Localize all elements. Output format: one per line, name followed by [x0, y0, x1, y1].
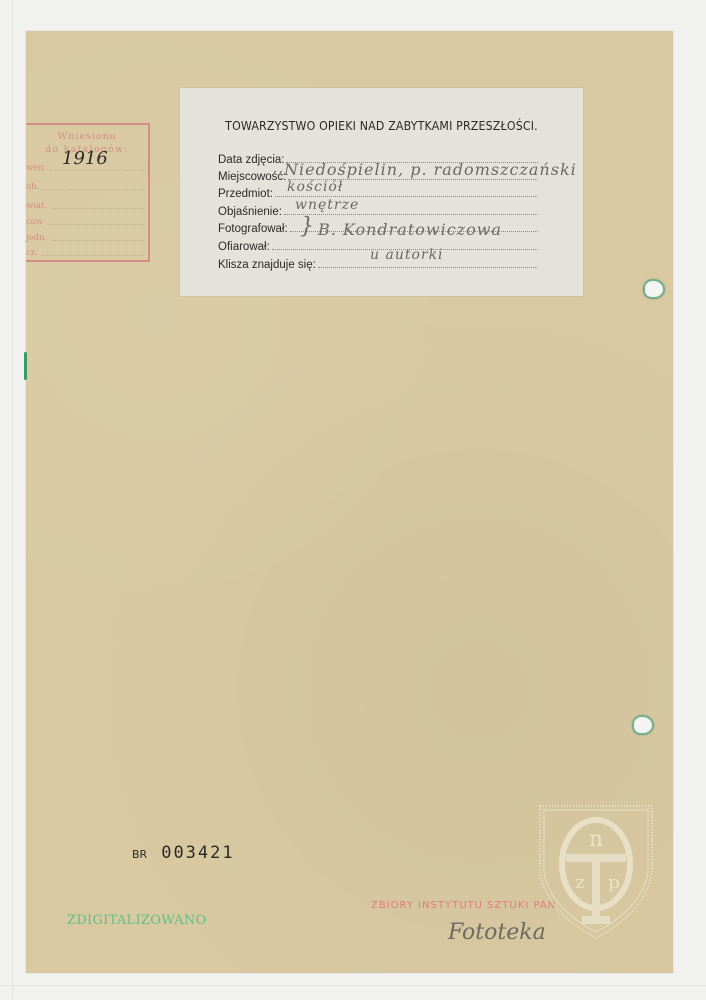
digitized-stamp: ZDIGITALIZOWANO [67, 913, 207, 928]
catalog-stamp-title: Wniesiono [26, 131, 148, 142]
field-label: Data zdjęcia: [218, 154, 284, 166]
handwritten-brace: } [300, 214, 314, 239]
green-edge-mark [24, 352, 27, 380]
handwritten-klisza: u autorki [370, 247, 444, 263]
svg-text:p: p [608, 872, 620, 893]
handwritten-fotografowal: B. Kondratowiczowa [318, 220, 502, 239]
field-przedmiot: Przedmiot: [218, 184, 538, 200]
handwritten-objasnienie: wnętrze [295, 197, 359, 213]
catalog-stamp-row: cow [26, 215, 144, 227]
catalog-stamp-row: jedn. [26, 231, 144, 243]
svg-text:n: n [589, 827, 603, 852]
fototeka-note: Fototeka [448, 920, 546, 945]
handwritten-przedmiot: kościół [287, 179, 343, 195]
field-objasnienie: Objaśnienie: [218, 202, 538, 218]
field-label: Ofiarował: [218, 241, 270, 253]
catalog-stamp: Wniesiono do katalogów: wen. ob. wiat. c… [26, 123, 150, 262]
scanner-bottom-line [0, 985, 706, 986]
inventory-digits: 003421 [161, 843, 234, 863]
collection-stamp: ZBIORY INSTYTUTU SZTUKI PAN [371, 900, 556, 911]
label-title: TOWARZYSTWO OPIEKI NAD ZABYTKAMI PRZESZŁ… [204, 118, 559, 133]
field-label: Fotografował: [218, 223, 288, 235]
punch-hole [634, 717, 652, 733]
field-label: Objaśnienie: [218, 206, 282, 218]
embossed-seal-icon: n z p [536, 802, 656, 942]
catalog-stamp-row: wiat. [26, 199, 144, 211]
field-label: Klisza znajduje się: [218, 259, 316, 271]
handwritten-miejscowosc: Niedośpielin, p. radomszczański [284, 160, 577, 179]
scanner-edge-line [12, 0, 13, 1000]
society-label: TOWARZYSTWO OPIEKI NAD ZABYTKAMI PRZESZŁ… [180, 88, 583, 296]
field-label: Miejscowość: [218, 171, 286, 183]
handwritten-year: 1916 [62, 148, 108, 169]
inventory-number: BR 003421 [132, 843, 235, 863]
svg-text:z: z [575, 872, 584, 893]
inventory-prefix: BR [132, 848, 147, 861]
field-label: Przedmiot: [218, 188, 273, 200]
catalog-stamp-row: ob. [26, 180, 144, 192]
catalog-stamp-row: cz. [26, 246, 144, 258]
punch-hole [645, 281, 663, 297]
